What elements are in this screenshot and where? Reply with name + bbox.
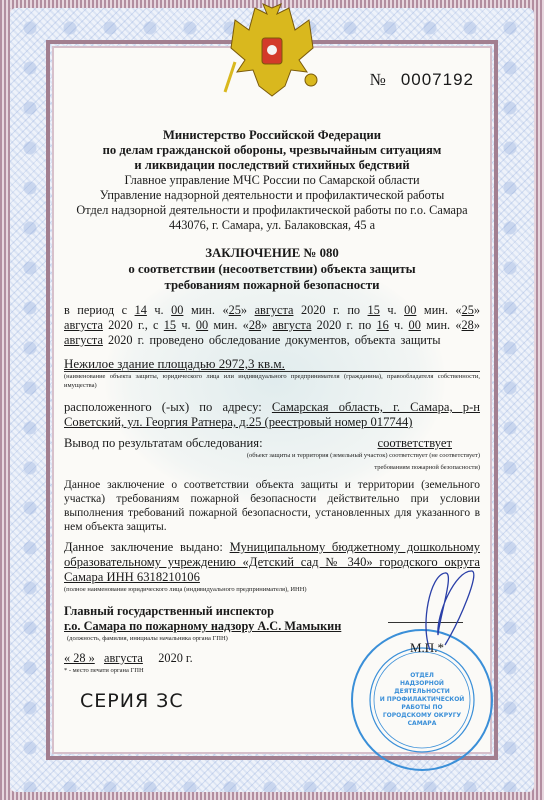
serial-number: №0007192 [370,70,474,90]
text-fragment: 00 [409,318,421,332]
title-line: ЗАКЛЮЧЕНИЕ № 080 [64,245,480,261]
svg-text:НАДЗОРНОЙ: НАДЗОРНОЙ [400,679,444,687]
svg-text:САМАРА: САМАРА [408,720,437,727]
text-fragment: ч. [154,303,163,317]
text-fragment: 28 [462,318,474,332]
svg-text:И ПРОФИЛАКТИЧЕСКОЙ: И ПРОФИЛАКТИЧЕСКОЙ [380,695,465,703]
conclusion-caption: требованиям пожарной безопасности) [64,463,480,472]
text-fragment: проведено обследование документов, объек… [149,333,440,347]
text-fragment: 28 [249,318,261,332]
text-fragment: в период с [64,303,127,317]
text-fragment: ч. [181,318,190,332]
header-line: Министерство Российской Федерации [64,128,480,143]
header-ministry: Министерство Российской Федерации по дел… [64,128,480,173]
text-fragment: « 28 » [64,651,95,665]
header-address: 443076, г. Самара, ул. Балаковская, 45 а [64,218,480,233]
inspection-period: в период с 14 ч. 00 мин. «25» августа 20… [64,303,480,348]
text-fragment: 2020 г. [158,651,192,665]
text-fragment: по [347,303,360,317]
inspection-conclusion: Вывод по результатам обследования: соотв… [64,436,480,472]
conclusion-caption: (объект защиты и территория (земельный у… [64,451,480,460]
text-fragment: августа [64,333,103,347]
text-fragment: 14 [135,303,147,317]
address-label: расположенного (-ых) по адресу: [64,400,262,414]
text-fragment: 25 [462,303,474,317]
svg-text:РАБОТЫ ПО: РАБОТЫ ПО [401,704,442,711]
text-fragment: 2020 г., с [108,318,158,332]
stamp-place-mark: М.П.* [410,640,444,656]
header-line: Главное управление МЧС России по Самарск… [64,173,480,188]
validity-statement: Данное заключение о соответствии объекта… [64,478,480,534]
coat-of-arms-icon [215,0,330,110]
issued-label: Данное заключение выдано: [64,540,223,554]
text-fragment: 00 [171,303,183,317]
conclusion-value: соответствует [378,436,452,451]
header-line: и ликвидации последствий стихийных бедст… [64,158,480,173]
text-fragment: мин. [191,303,215,317]
title-line: о соответствии (несоответствии) объекта … [64,261,480,277]
text-fragment: 2020 г. по [317,318,372,332]
serial-value: 0007192 [401,70,474,89]
document-series: СЕРИЯ ЗС [80,690,184,712]
text-fragment: 2020 г. [108,333,144,347]
text-fragment: 2020 г. [301,303,340,317]
header-line: Управление надзорной деятельности и проф… [64,188,480,203]
document-title: ЗАКЛЮЧЕНИЕ № 080 о соответствии (несоотв… [64,245,480,293]
header-line: Отдел надзорной деятельности и профилакт… [64,203,480,218]
text-fragment: мин. [213,318,237,332]
text-fragment: 15 [368,303,380,317]
title-line: требованиям пожарной безопасности [64,277,480,293]
text-fragment: августа [64,318,103,332]
serial-label: № [370,70,387,89]
text-fragment: мин. [424,303,448,317]
text-fragment: 00 [196,318,208,332]
text-fragment: августа [273,318,312,332]
text-fragment: мин. [426,318,450,332]
object-value: Нежилое здание площадью 2972,3 кв.м. [64,356,480,371]
object-address: расположенного (-ых) по адресу: Самарска… [64,400,480,430]
text-fragment: 15 [164,318,176,332]
svg-text:ОТДЕЛ: ОТДЕЛ [410,672,434,679]
header-line: по делам гражданской обороны, чрезвычайн… [64,143,480,158]
header-departments: Главное управление МЧС России по Самарск… [64,173,480,233]
text-fragment: 25 [229,303,241,317]
svg-text:ДЕЯТЕЛЬНОСТИ: ДЕЯТЕЛЬНОСТИ [394,688,449,695]
text-fragment: 00 [404,303,416,317]
conclusion-label: Вывод по результатам обследования: [64,436,263,450]
protected-object: Нежилое здание площадью 2972,3 кв.м. (на… [64,356,480,390]
text-fragment: августа [104,651,143,665]
svg-text:ГОРОДСКОМУ ОКРУГУ: ГОРОДСКОМУ ОКРУГУ [383,712,462,719]
text-fragment: 16 [376,318,388,332]
object-caption: (наименование объекта защиты, юридическо… [64,371,480,390]
text-fragment: ч. [387,303,396,317]
text-fragment: ч. [394,318,403,332]
text-fragment: августа [255,303,294,317]
